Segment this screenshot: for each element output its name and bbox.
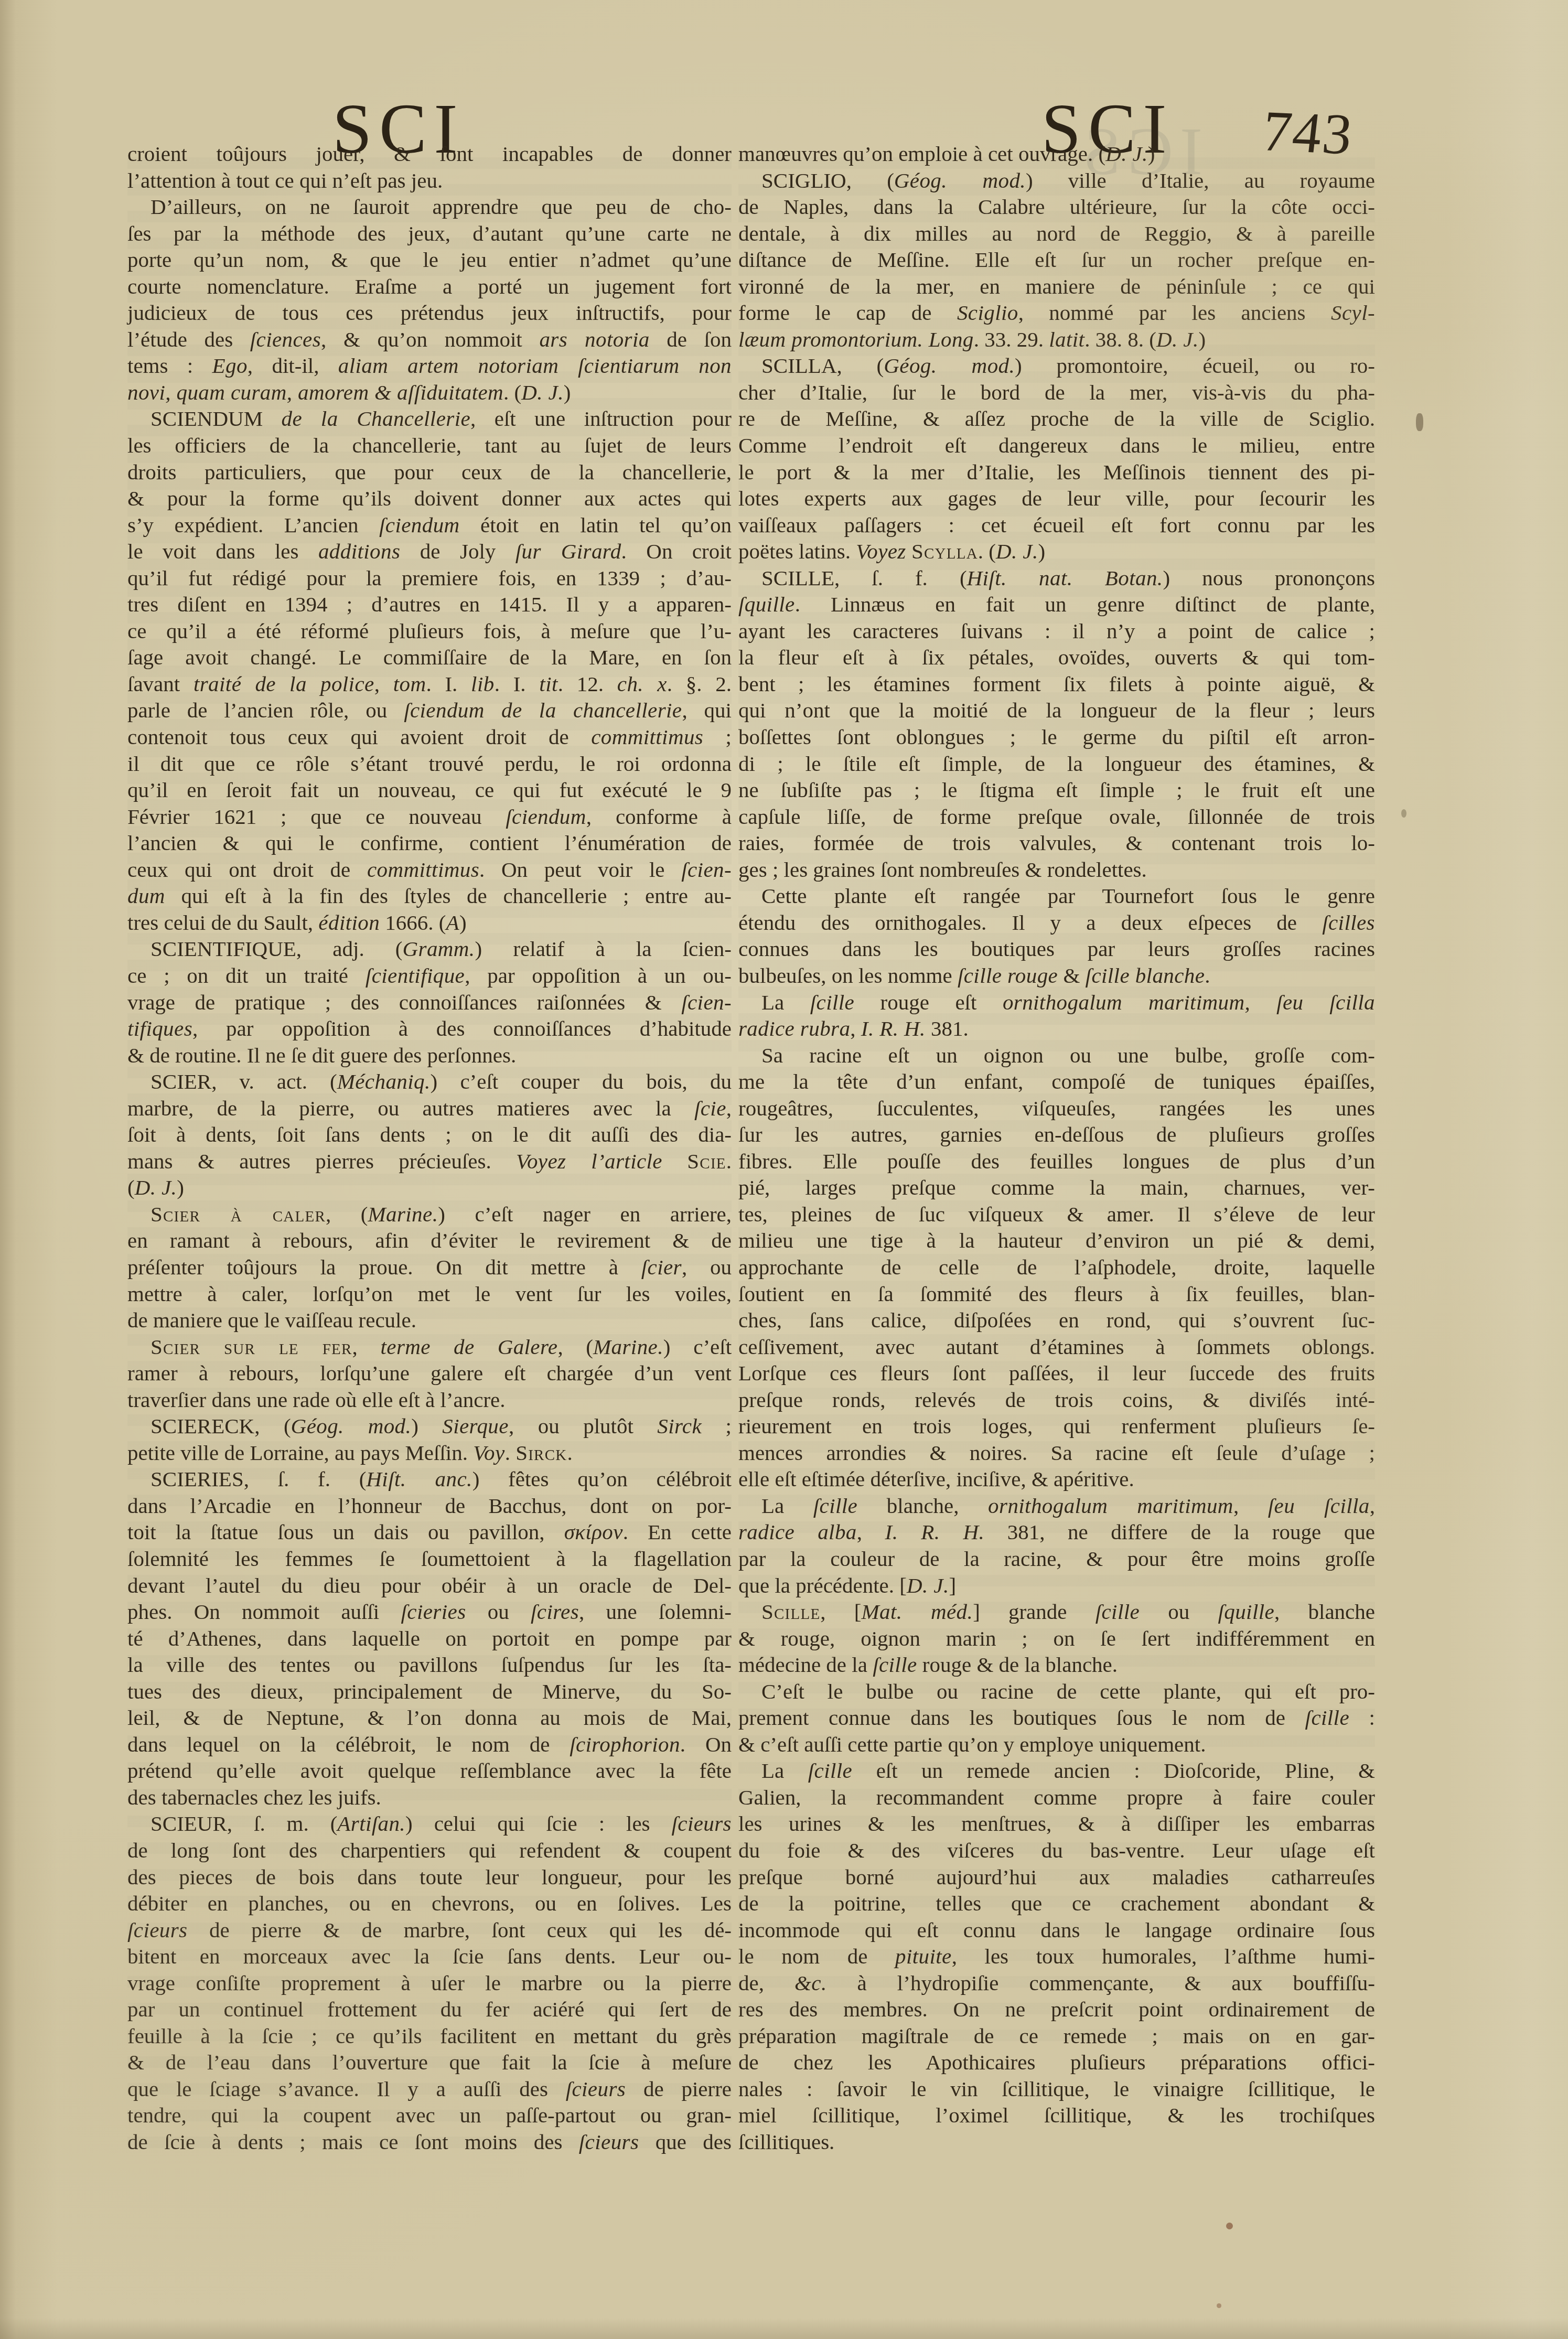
text-line: droits particuliers, que pour ceux de la… bbox=[127, 459, 732, 486]
text-line: SCIERIES, ſ. f. (Hiſt. anc.) fêtes qu’on… bbox=[127, 1466, 732, 1493]
text-line: me la tête d’un enfant, compoſé de tuniq… bbox=[738, 1068, 1375, 1095]
text-line: contenoit tous ceux qui avoient droit de… bbox=[127, 724, 732, 750]
text-line: tifiques, par oppoſition à des connoiſſa… bbox=[127, 1015, 732, 1042]
text-line: la ville des tentes ou pavillons ſuſpend… bbox=[127, 1651, 732, 1678]
encyclopedia-page-scan: ICS SCI SCI 743 croient toûjours jouer, … bbox=[0, 0, 1568, 2339]
text-line: mences arrondies & noires. Sa racine eſt… bbox=[738, 1440, 1375, 1466]
text-line: rieurement en trois loges, qui renfermen… bbox=[738, 1413, 1375, 1440]
text-line: La ſcille rouge eſt ornithogalum maritim… bbox=[738, 989, 1375, 1016]
text-line: prement connue dans les boutiques ſous l… bbox=[738, 1704, 1375, 1731]
text-line: ce ; on dit un traité ſcientifique, par … bbox=[127, 962, 732, 989]
text-line: (D. J.) bbox=[127, 1174, 732, 1201]
text-line: du foie & des viſceres du bas-ventre. Le… bbox=[738, 1837, 1375, 1864]
text-line: ſage avoit changé. Le commiſſaire de la … bbox=[127, 644, 732, 671]
text-line: croient toûjours jouer, & ſont incapable… bbox=[127, 141, 732, 167]
text-line: vrage conſiſte proprement à uſer le marb… bbox=[127, 1970, 732, 1997]
text-line: ches, ſans calice, diſpoſées en rond, qu… bbox=[738, 1307, 1375, 1334]
text-line: capſule liſſe, de forme preſque ovale, ſ… bbox=[738, 803, 1375, 830]
right-column: manœuvres qu’on emploie à cet ouvrage. (… bbox=[738, 141, 1375, 2155]
text-line: SCIENTIFIQUE, adj. (Gramm.) relatif à la… bbox=[127, 936, 732, 962]
text-line: & pour la forme qu’ils doivent donner au… bbox=[127, 485, 732, 512]
text-line: SCIERECK, (Géog. mod.) Sierque, ou plutô… bbox=[127, 1413, 732, 1440]
text-line: milieu une tige à la hauteur d’environ u… bbox=[738, 1227, 1375, 1254]
text-line: tres diſent en 1394 ; d’autres en 1415. … bbox=[127, 591, 732, 618]
text-line: Scier sur le fer, terme de Galere, (Mari… bbox=[127, 1334, 732, 1360]
text-line: preſque ronds, relevés de trois coins, &… bbox=[738, 1387, 1375, 1413]
text-line: cher d’Italie, ſur le bord de la mer, vi… bbox=[738, 379, 1375, 406]
text-line: de la poitrine, telles que ce crachement… bbox=[738, 1890, 1375, 1917]
text-line: de, &c. à l’hydropiſie commençante, & au… bbox=[738, 1970, 1375, 1997]
text-line: vironné de la mer, en maniere de péninſu… bbox=[738, 273, 1375, 300]
text-line: ſcieurs de pierre & de marbre, ſont ceux… bbox=[127, 1917, 732, 1944]
ink-speck bbox=[1226, 2223, 1233, 2229]
text-line: D’ailleurs, on ne ſauroit apprendre que … bbox=[127, 194, 732, 220]
text-line: preſque borné aujourd’hui aux maladies c… bbox=[738, 1864, 1375, 1891]
text-line: & de l’eau dans l’ouverture que fait la … bbox=[127, 2049, 732, 2076]
text-line: connues dans les boutiques par leurs gro… bbox=[738, 936, 1375, 962]
text-line: le nom de pituite, les toux humorales, l… bbox=[738, 1943, 1375, 1970]
text-line: miel ſcillitique, l’oximel ſcillitique, … bbox=[738, 2102, 1375, 2129]
text-line: ſcillitiques. bbox=[738, 2129, 1375, 2155]
text-line: débiter en planches, ou en chevrons, ou … bbox=[127, 1890, 732, 1917]
text-line: incommode qui eſt connu dans le langage … bbox=[738, 1917, 1375, 1944]
text-line: Scier à caler, (Marine.) c’eſt nager en … bbox=[127, 1201, 732, 1228]
text-line: des tabernacles chez les juifs. bbox=[127, 1784, 732, 1811]
text-line: La ſcille eſt un remede ancien : Dioſcor… bbox=[738, 1757, 1375, 1784]
text-line: tes, pleines de ſuc viſqueux & amer. Il … bbox=[738, 1201, 1375, 1228]
text-line: qu’il en ſeroit fait un nouveau, ce qui … bbox=[127, 777, 732, 803]
text-line: diſtance de Meſſine. Elle eſt ſur un roc… bbox=[738, 246, 1375, 273]
text-line: que le ſciage s’avance. Il y a auſſi des… bbox=[127, 2076, 732, 2102]
text-line: mettre à caler, lorſqu’on met le vent ſu… bbox=[127, 1281, 732, 1307]
text-line: prétend qu’elle avoit quelque reſſemblan… bbox=[127, 1757, 732, 1784]
text-line: de ſcie à dents ; mais ce ſont moins des… bbox=[127, 2129, 732, 2155]
text-line: qui n’ont que la moitié de la longueur d… bbox=[738, 697, 1375, 724]
text-line: res des membres. On ne preſcrit point or… bbox=[738, 1996, 1375, 2023]
text-line: radice alba, I. R. H. 381, ne differe de… bbox=[738, 1519, 1375, 1546]
text-line: préſenter toûjours la proue. On dit mett… bbox=[127, 1254, 732, 1281]
text-line: l’attention à tout ce qui n’eſt pas jeu. bbox=[127, 167, 732, 194]
text-line: ce qu’il a été réformé pluſieurs fois, à… bbox=[127, 618, 732, 645]
text-line: mans & autres pierres précieuſes. Voyez … bbox=[127, 1148, 732, 1175]
text-line: nales : ſavoir le vin ſcillitique, le vi… bbox=[738, 2076, 1375, 2102]
text-line: SCIENDUM de la Chancellerie, eſt une inſ… bbox=[127, 405, 732, 432]
text-line: de long ſont des charpentiers qui refend… bbox=[127, 1837, 732, 1864]
text-line: Galien, la recommandent comme propre à f… bbox=[738, 1784, 1375, 1811]
text-line: de Naples, dans la Calabre ultérieure, ſ… bbox=[738, 194, 1375, 220]
text-line: fibres. Elle pouſſe des feuilles longues… bbox=[738, 1148, 1375, 1175]
text-line: tendre, qui la coupent avec un paſſe-par… bbox=[127, 2102, 732, 2129]
text-line: les urines & les menſtrues, & à diſſiper… bbox=[738, 1810, 1375, 1837]
text-line: ceſſivement, avec autant d’étamines à ſo… bbox=[738, 1334, 1375, 1360]
text-line: toit la ſtatue ſous un dais ou pavillon,… bbox=[127, 1519, 732, 1546]
text-line: judicieux de tous ces prétendus jeux inſ… bbox=[127, 299, 732, 326]
text-line: ſolemnité les femmes ſe ſoumettoient à l… bbox=[127, 1546, 732, 1572]
text-line: SCIGLIO, (Géog. mod.) ville d’Italie, au… bbox=[738, 167, 1375, 194]
text-line: tems : Ego, dit-il, aliam artem notoriam… bbox=[127, 352, 732, 379]
text-line: leil, & de Neptune, & l’on donna au mois… bbox=[127, 1704, 732, 1731]
text-line: rougeâtres, ſucculentes, viſqueuſes, ran… bbox=[738, 1095, 1375, 1122]
text-line: porte qu’un nom, & que le jeu entier n’a… bbox=[127, 246, 732, 273]
text-line: ſes par la méthode des jeux, d’autant qu… bbox=[127, 220, 732, 247]
text-line: forme le cap de Sciglio, nommé par les a… bbox=[738, 299, 1375, 326]
text-line: pié, larges preſque comme la main, charn… bbox=[738, 1174, 1375, 1201]
text-line: des pieces de bois dans toute leur longu… bbox=[127, 1864, 732, 1891]
text-line: médecine de la ſcille rouge & de la blan… bbox=[738, 1651, 1375, 1678]
text-line: dans lequel on la célébroit, le nom de ſ… bbox=[127, 1731, 732, 1758]
text-line: approchante de celle de l’aſphodele, dro… bbox=[738, 1254, 1375, 1281]
text-line: marbre, de la pierre, ou autres matieres… bbox=[127, 1095, 732, 1122]
text-line: par la couleur de la racine, & pour être… bbox=[738, 1546, 1375, 1572]
text-line: petite ville de Lorraine, au pays Meſſin… bbox=[127, 1440, 732, 1466]
text-line: l’ancien & qui le confirme, contient l’é… bbox=[127, 830, 732, 856]
text-line: par un continuel frottement du fer aciér… bbox=[127, 1996, 732, 2023]
left-column: croient toûjours jouer, & ſont incapable… bbox=[127, 141, 732, 2155]
text-line: traverſier dans une rade où elle eſt à l… bbox=[127, 1387, 732, 1413]
text-line: tres celui de du Sault, édition 1666. (A… bbox=[127, 909, 732, 936]
text-line: vrage de pratique ; des connoiſſances ra… bbox=[127, 989, 732, 1016]
text-line: ſavant traité de la police, tom. I. lib.… bbox=[127, 671, 732, 698]
text-line: l’étude des ſciences, & qu’on nommoit ar… bbox=[127, 326, 732, 353]
text-line: læum promontorium. Long. 33. 29. latit. … bbox=[738, 326, 1375, 353]
ink-speck bbox=[1401, 809, 1406, 818]
ink-speck bbox=[1217, 2303, 1221, 2308]
text-line: ſur les autres, garnies en-deſſous de pl… bbox=[738, 1121, 1375, 1148]
text-line: & rouge, oignon marin ; on ſe ſert indif… bbox=[738, 1625, 1375, 1652]
text-line: té d’Athenes, dans laquelle on portoit e… bbox=[127, 1625, 732, 1652]
text-line: étendu des ornithogales. Il y a deux eſp… bbox=[738, 909, 1375, 936]
text-line: de maniere que le vaiſſeau recule. bbox=[127, 1307, 732, 1334]
text-line: Lorſque ces fleurs ſont paſſées, il leur… bbox=[738, 1360, 1375, 1387]
text-line: ne ſubſiſte pas ; le ſtigma eſt ſimple ;… bbox=[738, 777, 1375, 803]
page-edge-shadow bbox=[0, 2318, 1568, 2339]
text-line: de chez les Apothicaires pluſieurs prépa… bbox=[738, 2049, 1375, 2076]
text-line: SCILLE, ſ. f. (Hiſt. nat. Botan.) nous p… bbox=[738, 565, 1375, 592]
text-line: il dit que ce rôle s’étant trouvé perdu,… bbox=[127, 750, 732, 777]
text-line: tues des dieux, principalement de Minerv… bbox=[127, 1678, 732, 1705]
text-line: que la précédente. [D. J.] bbox=[738, 1572, 1375, 1599]
text-line: bent ; les étamines forment ſix filets à… bbox=[738, 671, 1375, 698]
text-line: re de Meſſine, & aſſez proche de la vill… bbox=[738, 405, 1375, 432]
text-line: ſquille. Linnæus en fait un genre diſtin… bbox=[738, 591, 1375, 618]
text-line: feuille à la ſcie ; ce qu’ils facilitent… bbox=[127, 2023, 732, 2050]
text-line: Sa racine eſt un oignon ou une bulbe, gr… bbox=[738, 1042, 1375, 1069]
text-line: parle de l’ancien rôle, ou ſciendum de l… bbox=[127, 697, 732, 724]
text-line: les officiers de la chancellerie, tant a… bbox=[127, 432, 732, 459]
text-line: s’y expédient. L’ancien ſciendum étoit e… bbox=[127, 512, 732, 539]
text-line: & de routine. Il ne ſe dit guere des per… bbox=[127, 1042, 732, 1069]
ink-speck bbox=[1416, 413, 1423, 431]
text-line: dum qui eſt à la fin des ſtyles de chanc… bbox=[127, 883, 732, 909]
text-line: bitent en morceaux avec la ſcie ſans den… bbox=[127, 1943, 732, 1970]
text-line: ſoit à dents, ſoit ſans dents ; on le di… bbox=[127, 1121, 732, 1148]
text-line: devant l’autel du dieu pour obéir à un o… bbox=[127, 1572, 732, 1599]
text-line: ayant les caracteres ſuivans : il n’y a … bbox=[738, 618, 1375, 645]
text-line: radice rubra, I. R. H. 381. bbox=[738, 1015, 1375, 1042]
text-line: en ramant à rebours, afin d’éviter le re… bbox=[127, 1227, 732, 1254]
text-line: raies, formée de trois valvules, & conte… bbox=[738, 830, 1375, 856]
text-line: elle eſt eſtimée déterſive, inciſive, & … bbox=[738, 1466, 1375, 1493]
text-line: lotes experts aux gages de leur ville, p… bbox=[738, 485, 1375, 512]
text-line: Février 1621 ; que ce nouveau ſciendum, … bbox=[127, 803, 732, 830]
text-line: Scille, [Mat. méd.] grande ſcille ou ſqu… bbox=[738, 1598, 1375, 1625]
text-line: phes. On nommoit auſſi ſcieries ou ſcire… bbox=[127, 1598, 732, 1625]
text-line: Cette plante eſt rangée par Tournefort ſ… bbox=[738, 883, 1375, 909]
text-line: SCILLA, (Géog. mod.) promontoire, écueil… bbox=[738, 352, 1375, 379]
text-line: manœuvres qu’on emploie à cet ouvrage. (… bbox=[738, 141, 1375, 167]
text-line: ges ; les graines ſont nombreuſes & rond… bbox=[738, 856, 1375, 883]
text-line: ceux qui ont droit de committimus. On pe… bbox=[127, 856, 732, 883]
text-line: SCIEUR, ſ. m. (Artiſan.) celui qui ſcie … bbox=[127, 1810, 732, 1837]
text-line: di ; le ſtile eſt ſimple, de la longueur… bbox=[738, 750, 1375, 777]
text-line: boſſettes ſont oblongues ; le germe du p… bbox=[738, 724, 1375, 750]
text-line: Comme l’endroit eſt dangereux dans le mi… bbox=[738, 432, 1375, 459]
text-line: vaiſſeaux paſſagers : cet écueil eſt for… bbox=[738, 512, 1375, 539]
text-line: ramer à rebours, lorſqu’une galere eſt c… bbox=[127, 1360, 732, 1387]
text-line: ſoutient en ſa ſommité des fleurs à ſix … bbox=[738, 1281, 1375, 1307]
text-line: dentale, à dix milles au nord de Reggio,… bbox=[738, 220, 1375, 247]
text-line: bulbeuſes, on les nomme ſcille rouge & ſ… bbox=[738, 962, 1375, 989]
text-line: dans l’Arcadie en l’honneur de Bacchus, … bbox=[127, 1493, 732, 1519]
text-line: la fleur eſt à ſix pétales, ovoïdes, ouv… bbox=[738, 644, 1375, 671]
text-line: le voit dans les additions de Joly ſur G… bbox=[127, 538, 732, 565]
text-line: préparation magiſtrale de ce remede ; ma… bbox=[738, 2023, 1375, 2050]
text-line: poëtes latins. Voyez Scylla. (D. J.) bbox=[738, 538, 1375, 565]
text-line: SCIER, v. act. (Méchaniq.) c’eſt couper … bbox=[127, 1068, 732, 1095]
text-line: La ſcille blanche, ornithogalum maritimu… bbox=[738, 1493, 1375, 1519]
text-line: qu’il fut rédigé pour la premiere fois, … bbox=[127, 565, 732, 592]
text-line: courte nomenclature. Eraſme a porté un j… bbox=[127, 273, 732, 300]
text-line: & c’eſt auſſi cette partie qu’on y emplo… bbox=[738, 1731, 1375, 1758]
text-line: le port & la mer d’Italie, les Meſſinois… bbox=[738, 459, 1375, 486]
text-line: C’eſt le bulbe ou racine de cette plante… bbox=[738, 1678, 1375, 1705]
text-line: novi, quam curam, amorem & aſſiduitatem.… bbox=[127, 379, 732, 406]
